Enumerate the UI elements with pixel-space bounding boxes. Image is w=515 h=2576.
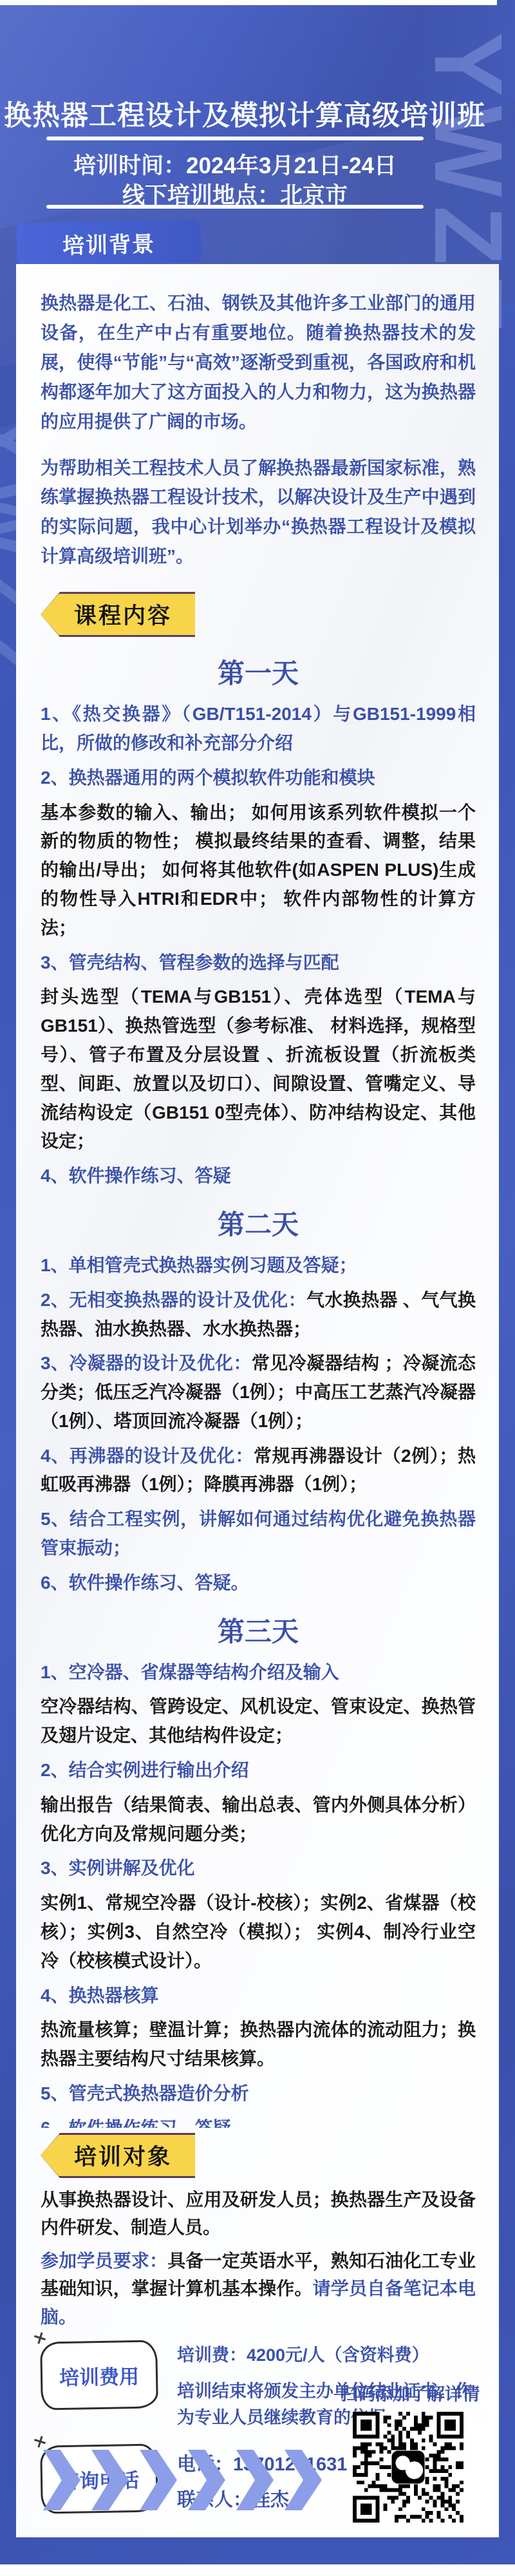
section-badge-course-content: 课程内容 bbox=[41, 592, 195, 637]
course-item: 基本参数的输入、输出； 如何用该系列软件模拟一个新的物质的物性； 模拟最终结果的… bbox=[41, 799, 476, 943]
course-item: 2、结合实例进行输出介绍 bbox=[41, 1756, 476, 1785]
course-item-segment: 热流量核算；壁温计算；换热器内流体的流动阻力；换热器主要结构尺寸结果核算。 bbox=[41, 2020, 476, 2069]
course-item: 输出报告（结果简表、输出总表、管内外侧具体分析）优化方向及常规问题分类； bbox=[41, 1791, 476, 1849]
fee-bubble: 培训费用 bbox=[40, 2340, 158, 2410]
course-item: 实例1、常规空冷器（设计-校核）；实例2、省煤器（校核）；实例3、自然空冷（模拟… bbox=[41, 1889, 476, 1975]
course-item: 封头选型（TEMA与GB151）、壳体选型（TEMA与GB151）、换热管选型（… bbox=[41, 983, 476, 1156]
audience-line-segment: 参加学员要求： bbox=[41, 2251, 167, 2271]
bottom-border bbox=[0, 2564, 515, 2576]
course-item-segment: 3、冷凝器的设计及优化： bbox=[41, 1353, 252, 1373]
course-item-segment: 基本参数的输入、输出； 如何用该系列软件模拟一个新的物质的物性； 模拟最终结果的… bbox=[41, 802, 476, 938]
course-item: 2、无相变换热器的设计及优化：气水换热器 、气气换热器、油水换热器、水水换热器； bbox=[41, 1286, 476, 1344]
day-title: 第二天 bbox=[41, 1204, 476, 1242]
course-item-segment: 空冷器结构、管跨设定、风机设定、管束设定、换热管及翅片设定、其他结构件设定； bbox=[41, 1696, 476, 1745]
course-item-segment: 输出报告（结果简表、输出总表、管内外侧具体分析）优化方向及常规问题分类； bbox=[41, 1795, 476, 1844]
poster-title: 换热器工程设计及模拟计算高级培训班 bbox=[0, 94, 489, 133]
course-item-segment: 4、软件操作练习、答疑 bbox=[41, 1166, 231, 1186]
course-item-segment: 实例1、常规空冷器（设计-校核）；实例2、省煤器（校核）；实例3、自然空冷（模拟… bbox=[41, 1893, 476, 1971]
course-item-segment: 2、无相变换热器的设计及优化： bbox=[41, 1290, 306, 1310]
course-days: 第一天1、《热交换器》（GB/T151-2014）与GB151-1999相比，所… bbox=[41, 652, 476, 2128]
course-item-segment: 4、换热器核算 bbox=[41, 1985, 159, 2005]
course-item: 5、结合工程实例，讲解如何通过结构优化避免换热器管束振动； bbox=[41, 1505, 476, 1563]
audience-badge-label: 培训对象 bbox=[41, 2133, 195, 2178]
qr-code bbox=[353, 2412, 464, 2523]
divider-line-top bbox=[46, 137, 424, 140]
course-item: 3、实例讲解及优化 bbox=[41, 1854, 476, 1883]
qr-block: 扫码添加了解详情 bbox=[341, 2380, 476, 2526]
background-paragraph-1: 换热器是化工、石油、钢铁及其他许多工业部门的通用设备，在生产中占有重要地位。随着… bbox=[41, 289, 476, 437]
background-paragraph-2: 为帮助相关工程技术人员了解换热器最新国家标准，熟练掌握换热器工程设计技术，以解决… bbox=[41, 453, 476, 572]
chevron-arrows bbox=[43, 2450, 322, 2510]
course-area: 换热器是化工、石油、钢铁及其他许多工业部门的通用设备，在生产中占有重要地位。随着… bbox=[41, 281, 476, 2128]
chevron-arrow bbox=[91, 2450, 129, 2510]
section-badge-audience: 培训对象 bbox=[41, 2133, 195, 2178]
chevron-arrow bbox=[43, 2450, 80, 2510]
course-item-segment: 3、管壳结构、管程参数的选择与匹配 bbox=[41, 952, 339, 972]
card-bottom: 培训对象 从事换热器设计、应用及研发人员；换热器生产及设备内件研发、制造人员。参… bbox=[41, 2129, 476, 2530]
course-item-segment: 1、空冷器、省煤器等结构介绍及输入 bbox=[41, 1662, 339, 1682]
chevron-arrow bbox=[236, 2450, 274, 2510]
day-title: 第一天 bbox=[41, 652, 476, 691]
course-item: 6、软件操作练习、答疑。 bbox=[41, 1569, 476, 1598]
course-content-badge-label: 课程内容 bbox=[41, 592, 195, 637]
course-item: 空冷器结构、管跨设定、风机设定、管束设定、换热管及翅片设定、其他结构件设定； bbox=[41, 1692, 476, 1750]
course-item-segment: 5、管壳式换热器造价分析 bbox=[41, 2083, 249, 2103]
audience-line: 从事换热器设计、应用及研发人员；换热器生产及设备内件研发、制造人员。 bbox=[41, 2186, 476, 2242]
top-border bbox=[0, 0, 497, 5]
course-item-segment: 封头选型（TEMA与GB151）、壳体选型（TEMA与GB151）、换热管选型（… bbox=[41, 987, 476, 1151]
course-item-segment: 1、《热交换器》（GB/T151-2014）与GB151-1999相比，所做的修… bbox=[41, 704, 476, 753]
day-title: 第三天 bbox=[41, 1611, 476, 1649]
fee-line: 培训费：4200元/人（含资料费） bbox=[177, 2342, 476, 2369]
course-item-segment: 6、软件操作练习、答疑。 bbox=[41, 1573, 249, 1593]
course-item: 1、《热交换器》（GB/T151-2014）与GB151-1999相比，所做的修… bbox=[41, 700, 476, 758]
course-item-segment: 5、结合工程实例，讲解如何通过结构优化避免换热器管束振动； bbox=[41, 1509, 476, 1558]
course-item: 3、管壳结构、管程参数的选择与匹配 bbox=[41, 949, 476, 978]
chevron-arrow bbox=[140, 2450, 177, 2510]
chevron-arrow bbox=[285, 2450, 322, 2510]
section-badge-training-background: 培训背景 bbox=[16, 220, 201, 266]
audience-lines: 从事换热器设计、应用及研发人员；换热器生产及设备内件研发、制造人员。参加学员要求… bbox=[41, 2186, 476, 2331]
course-item-segment: 1、单相管壳式换热器实例习题及答疑； bbox=[41, 1255, 357, 1275]
divider-line-bottom bbox=[46, 205, 424, 209]
course-item-segment: 2、换热器通用的两个模拟软件功能和模块 bbox=[41, 768, 375, 788]
content-card: 换热器是化工、石油、钢铁及其他许多工业部门的通用设备，在生产中占有重要地位。随着… bbox=[16, 264, 499, 2537]
audience-line-segment: 从事换热器设计、应用及研发人员；换热器生产及设备内件研发、制造人员。 bbox=[41, 2190, 476, 2237]
course-item-segment: 3、实例讲解及优化 bbox=[41, 1858, 195, 1878]
course-item: 5、管壳式换热器造价分析 bbox=[41, 2079, 476, 2108]
course-item-segment: 2、结合实例进行输出介绍 bbox=[41, 1760, 249, 1780]
training-time: 培训时间：2024年3月21日-24日 bbox=[0, 148, 470, 180]
course-item-segment: 6、软件操作练习、答疑。 bbox=[41, 2118, 249, 2128]
audience-line: 参加学员要求：具备一定英语水平，熟知石油化工专业基础知识，掌握计算机基本操作。请… bbox=[41, 2247, 476, 2331]
course-item: 1、空冷器、省煤器等结构介绍及输入 bbox=[41, 1658, 476, 1687]
qr-caption: 扫码添加了解详情 bbox=[341, 2380, 476, 2405]
course-item-segment: 4、再沸器的设计及优化： bbox=[41, 1446, 254, 1466]
course-item: 6、软件操作练习、答疑。 bbox=[41, 2114, 476, 2128]
course-item: 热流量核算；壁温计算；换热器内流体的流动阻力；换热器主要结构尺寸结果核算。 bbox=[41, 2016, 476, 2074]
course-item: 3、冷凝器的设计及优化：常见冷凝器结构 ；冷凝流态分类；低压乏汽冷凝器（1例）；… bbox=[41, 1349, 476, 1435]
chevron-arrow bbox=[188, 2450, 225, 2510]
course-item: 2、换热器通用的两个模拟软件功能和模块 bbox=[41, 764, 476, 793]
course-item: 4、软件操作练习、答疑 bbox=[41, 1162, 476, 1191]
course-item: 1、单相管壳式换热器实例习题及答疑； bbox=[41, 1251, 476, 1280]
course-item: 4、换热器核算 bbox=[41, 1982, 476, 2011]
poster-page: YWZZ YWZZ 换热器工程设计及模拟计算高级培训班 培训时间：2024年3月… bbox=[0, 0, 515, 2576]
course-item: 4、再沸器的设计及优化：常规再沸器设计（2例）；热虹吸再沸器（1例）；降膜再沸器… bbox=[41, 1442, 476, 1500]
